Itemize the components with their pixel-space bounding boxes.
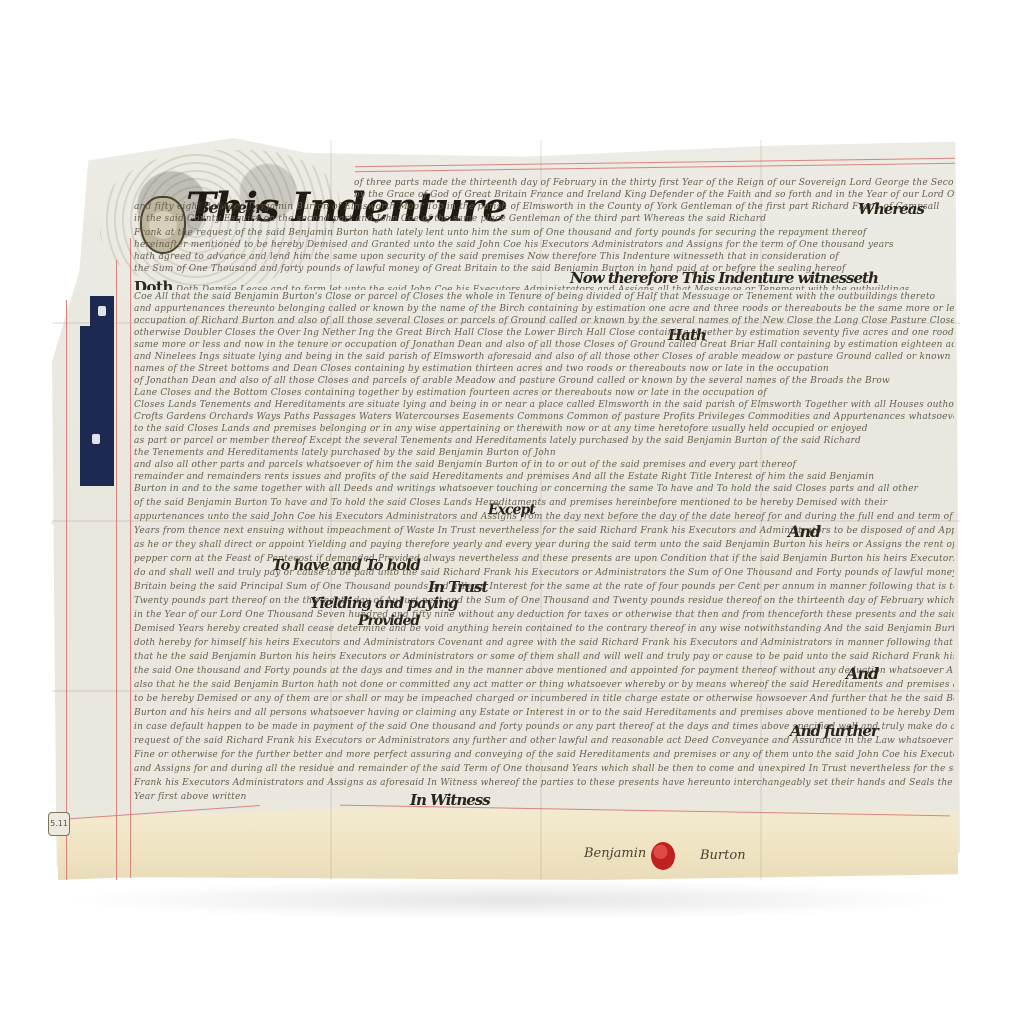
ruled-margin-left <box>116 260 117 880</box>
deed-line: Coe All that the said Benjamin Burton's … <box>134 292 954 304</box>
deed-line: Crofts Gardens Orchards Ways Paths Passa… <box>134 412 954 424</box>
deed-line: same more or less and now in the tenure … <box>134 340 954 352</box>
deed-line: and appurtenances thereunto belonging ca… <box>134 304 954 316</box>
heading-and-further: And further <box>790 722 878 740</box>
heading-provided: Provided <box>358 613 419 629</box>
deed-line: to be hereby Demised or any of them are … <box>134 694 954 706</box>
deed-line: of the said Benjamin Burton To have and … <box>134 498 954 510</box>
deed-line: doth hereby for himself his heirs Execut… <box>134 638 954 650</box>
deed-line: Year first above written <box>134 792 954 804</box>
deed-line: also that he the said Benjamin Burton ha… <box>134 680 954 692</box>
deed-line: as part or parcel or member thereof Exce… <box>134 436 954 448</box>
deed-line: hath agreed to advance and lend him the … <box>134 252 954 264</box>
heading-except: Except <box>488 502 535 518</box>
deed-line: of Jonathan Dean and also of all those C… <box>134 376 954 388</box>
deed-line: the Tenements and Hereditaments lately p… <box>134 448 954 460</box>
deed-line: Demised Years hereby created shall cease… <box>134 624 954 636</box>
deed-line: remainder and remainders rents issues an… <box>134 472 954 484</box>
ribbon-clip <box>92 434 100 444</box>
deed-line: as he or they shall direct or appoint Yi… <box>134 540 954 552</box>
deed-line: Closes Lands Tenements and Hereditaments… <box>134 400 954 412</box>
heading-between: Between <box>196 198 266 217</box>
heading-to-have-and-to-hold: To have and To hold <box>272 556 420 574</box>
deed-line: Burton in and to the same together with … <box>134 484 954 496</box>
signature-first-name: Benjamin <box>584 846 646 861</box>
signature-last-name: Burton <box>700 848 746 863</box>
ruled-margin-left <box>130 238 131 878</box>
heading-and: And <box>788 522 820 541</box>
deed-line: Burton and his heirs and all persons wha… <box>134 708 954 720</box>
ruled-margin-outer <box>66 300 67 880</box>
heading-now-therefore: Now therefore This Indenture witnesseth <box>570 269 878 287</box>
deed-line: Twenty pounds part thereof on the thirte… <box>134 596 954 608</box>
deed-line: and Assigns for and during all the resid… <box>134 764 954 776</box>
opening-line: of three parts made the thirteenth day o… <box>354 178 954 190</box>
heading-doth: Doth <box>134 278 173 290</box>
margin-stamp: 5.11 <box>48 812 70 836</box>
ribbon-clip <box>98 306 106 316</box>
deed-line: the said One thousand and Forty pounds a… <box>134 666 954 678</box>
deed-line: and Ninelees Ings situate lying and bein… <box>134 352 954 364</box>
heading-in-witness: In Witness <box>410 791 490 809</box>
heading-hath: Hath <box>668 326 706 344</box>
deed-line: Frank at the request of the said Benjami… <box>134 228 954 240</box>
deed-line: Lane Closes and the Bottom Closes contai… <box>134 388 954 400</box>
deed-line: appurtenances unto the said John Coe his… <box>134 512 954 524</box>
heading-yielding-and-paying: Yielding and paying <box>310 594 458 612</box>
deed-line: that he the said Benjamin Burton his hei… <box>134 652 954 664</box>
deed-line: do and shall well and truly pay or cause… <box>134 568 954 580</box>
heading-whereas: Whereas <box>858 200 924 218</box>
deed-line: Fine or otherwise for the further better… <box>134 750 954 762</box>
deed-line: to the said Closes Lands and premises be… <box>134 424 954 436</box>
deed-line: otherwise Doubler Closes the Over Ing Ne… <box>134 328 954 340</box>
wax-seal-icon <box>651 842 675 870</box>
deed-line: Britain being the said Principal Sum of … <box>134 582 954 594</box>
deed-line: in the Year of our Lord One Thousand Sev… <box>134 610 954 622</box>
folded-bottom-band <box>58 808 958 880</box>
deed-line: occupation of Richard Burton and also of… <box>134 316 954 328</box>
deed-line: and also all other parts and parcels wha… <box>134 460 954 472</box>
deed-line: Frank his Executors Administrators and A… <box>134 778 954 790</box>
heading-and-2: And <box>846 664 878 683</box>
blue-ribbon-tab <box>90 296 114 326</box>
deed-line: Years from thence next ensuing without i… <box>134 526 954 538</box>
paper-shadow <box>60 880 960 920</box>
deed-line: pepper corn at the Feast of Pentecost if… <box>134 554 954 566</box>
blue-ribbon-strip <box>80 326 114 486</box>
deed-line: names of the Street bottoms and Dean Clo… <box>134 364 954 376</box>
deed-line: hereinafter mentioned to be hereby Demis… <box>134 240 954 252</box>
